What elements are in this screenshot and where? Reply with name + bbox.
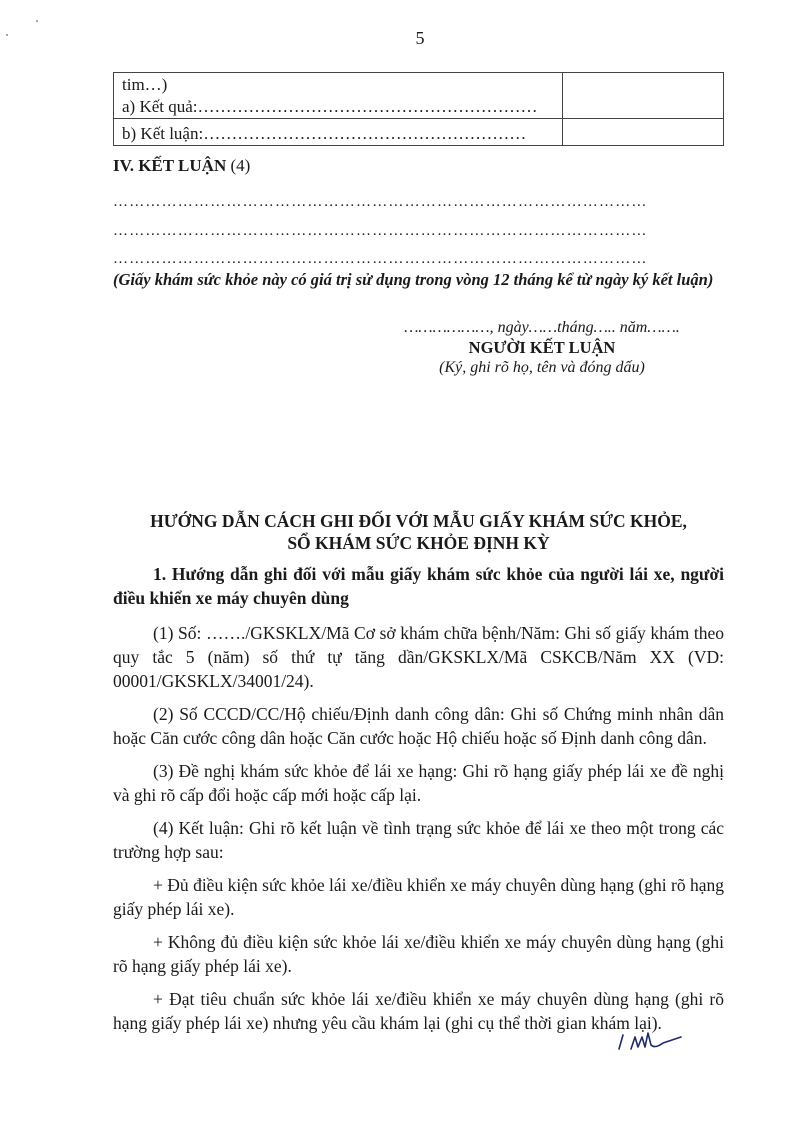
guide-paragraph: (1) Số: ……./GKSKLX/Mã Cơ sở khám chữa bệ… [113, 621, 724, 693]
signer-title: NGƯỜI KẾT LUẬN [392, 338, 692, 358]
guide-title-line-1: HƯỚNG DẪN CÁCH GHI ĐỐI VỚI MẪU GIẤY KHÁM… [113, 510, 724, 532]
guide-body: 1. Hướng dẫn ghi đối với mẫu giấy khám s… [113, 562, 724, 1044]
guide-paragraph: (4) Kết luận: Ghi rõ kết luận về tình tr… [113, 816, 724, 864]
guide-paragraph: (3) Đề nghị khám sức khỏe để lái xe hạng… [113, 759, 724, 807]
validity-note: (Giấy khám sức khỏe này có giá trị sử dụ… [113, 270, 713, 290]
result-table: tim…) a) Kết quả:…………………………………………………… b)… [113, 72, 724, 146]
signature-cell[interactable] [563, 119, 724, 146]
conclusion-line-2[interactable]: ………………………………………………………………………………………………………… [113, 223, 645, 240]
result-cell: tim…) a) Kết quả:…………………………………………………… [114, 73, 563, 119]
guide-paragraph: + Đủ điều kiện sức khỏe lái xe/điều khiể… [113, 873, 724, 921]
guide-paragraph: (2) Số CCCD/CC/Hộ chiếu/Định danh công d… [113, 702, 724, 750]
guide-paragraph: + Không đủ điều kiện sức khỏe lái xe/điề… [113, 930, 724, 978]
guide-title: HƯỚNG DẪN CÁCH GHI ĐỐI VỚI MẪU GIẤY KHÁM… [113, 510, 724, 554]
section-heading-text: IV. KẾT LUẬN [113, 156, 226, 175]
guide-section-1-heading: 1. Hướng dẫn ghi đối với mẫu giấy khám s… [113, 562, 724, 610]
conclusion-cell: b) Kết luận:………………………………………………… [114, 119, 563, 146]
section-heading-conclusion: IV. KẾT LUẬN (4) [113, 156, 250, 176]
guide-title-line-2: SỔ KHÁM SỨC KHỎE ĐỊNH KỲ [113, 532, 724, 554]
conclusion-line-3[interactable]: ………………………………………………………………………………………………………… [113, 251, 645, 268]
cell-continuation-text: tim…) [122, 74, 554, 96]
section-heading-note: (4) [230, 156, 250, 175]
table-row: tim…) a) Kết quả:…………………………………………………… [114, 73, 724, 119]
conclusion-line-1[interactable]: ………………………………………………………………………………………………………… [113, 194, 645, 211]
result-field[interactable]: a) Kết quả:…………………………………………………… [122, 96, 554, 118]
scan-speck [36, 20, 38, 22]
signature-cell[interactable] [563, 73, 724, 119]
sign-date-line[interactable]: ………………, ngày……tháng….. năm……. [392, 318, 692, 338]
table-row: b) Kết luận:………………………………………………… [114, 119, 724, 146]
signature-block: ………………, ngày……tháng….. năm……. NGƯỜI KẾT … [392, 318, 692, 378]
initials-signature-icon [615, 1025, 695, 1055]
page-number: 5 [0, 28, 800, 49]
conclusion-field[interactable]: b) Kết luận:………………………………………………… [122, 123, 554, 145]
signer-note: (Ký, ghi rõ họ, tên và đóng dấu) [392, 358, 692, 378]
